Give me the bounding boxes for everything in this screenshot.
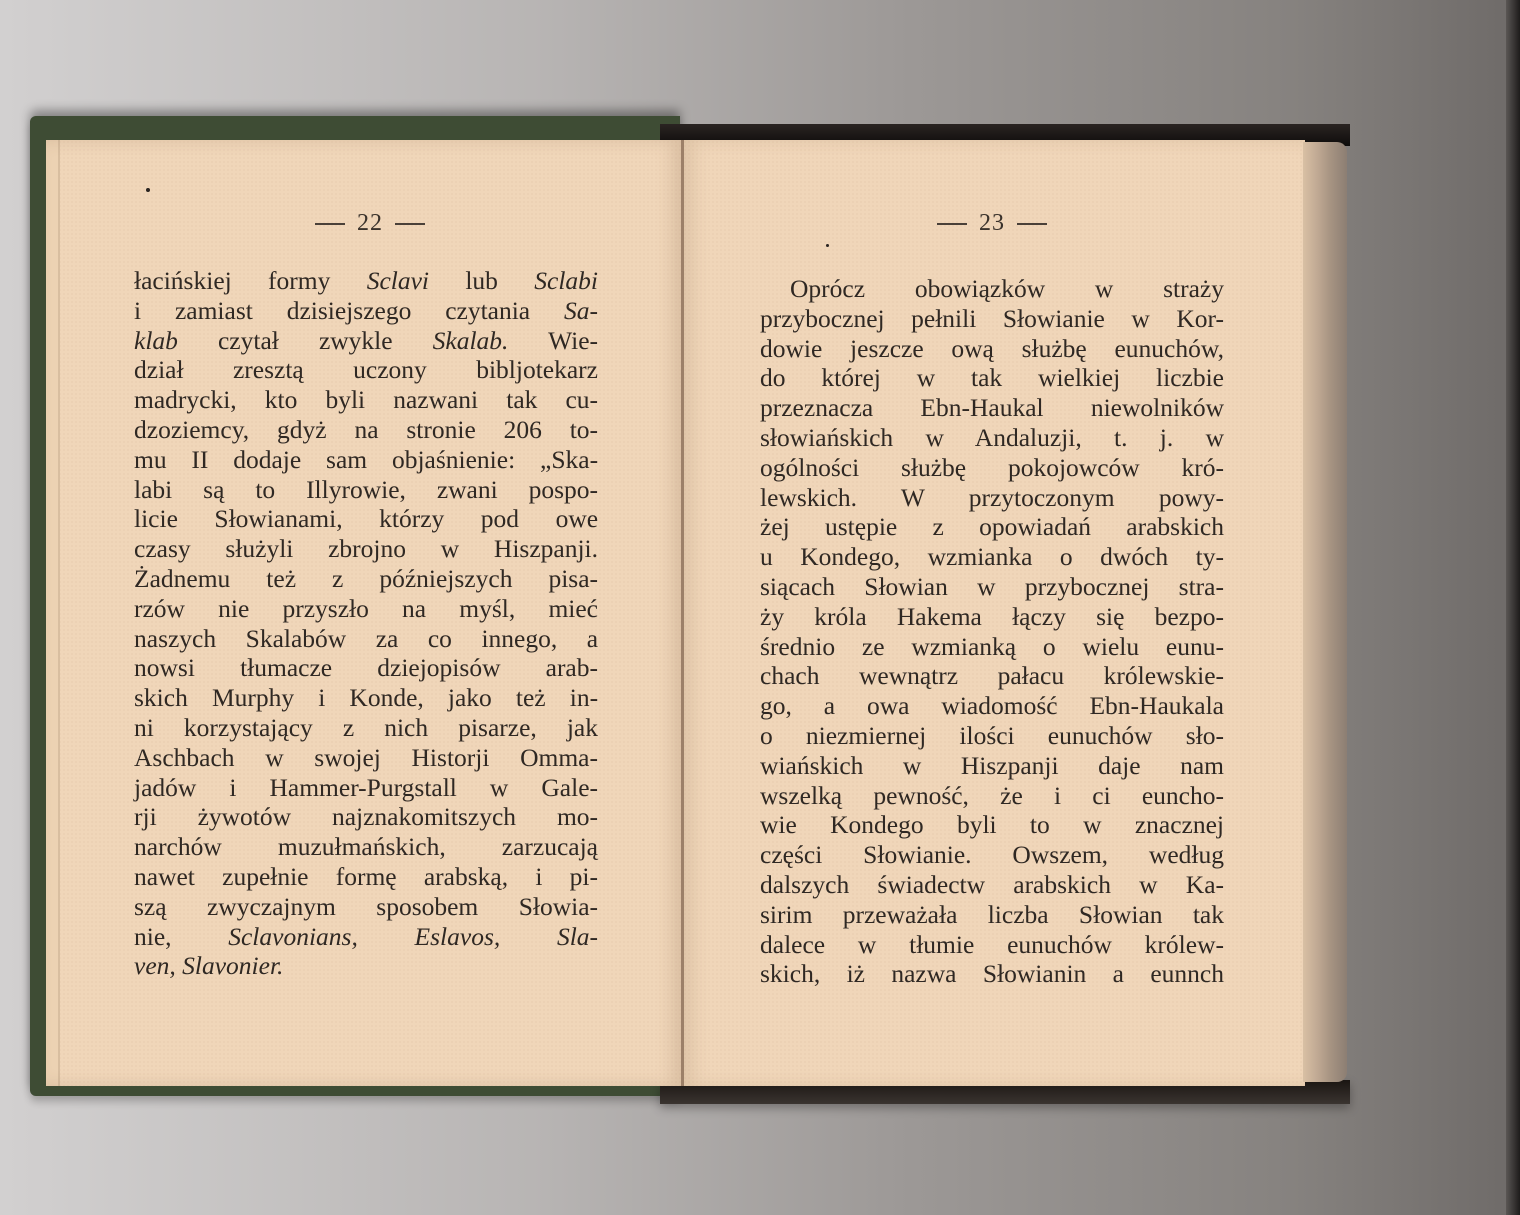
text-line: chach wewnątrz pałacu królewskie-	[760, 661, 1224, 691]
text-line: wszelką pewność, że i ci euncho-	[760, 781, 1224, 811]
text-line: żej ustępie z opowiadań arabskich	[760, 512, 1224, 542]
left-page-text: łacińskiej formy Sclavi lub Sclabi i zam…	[134, 266, 598, 981]
text-line: klab czytał zwykle Skalab. Wie-	[134, 326, 598, 356]
text-line: madrycki, kto byli nazwani tak cu-	[134, 385, 598, 415]
text-line: jadów i Hammer-Purgstall w Gale-	[134, 773, 598, 803]
text-line: ogólności służbę pokojowców kró-	[760, 453, 1224, 483]
text-line: dział zresztą uczony bibljotekarz	[134, 355, 598, 385]
text-line: szą zwyczajnym sposobem Słowia-	[134, 892, 598, 922]
text-line: części Słowianie. Owszem, według	[760, 840, 1224, 870]
text-line: labi są to Illyrowie, zwani pospo-	[134, 475, 598, 505]
dash-ornament	[315, 223, 345, 225]
text-line: dzoziemcy, gdyż na stronie 206 to-	[134, 415, 598, 445]
right-page-number: 23	[892, 210, 1092, 237]
text-line: wiańskich w Hiszpanji daje nam	[760, 751, 1224, 781]
text-line: nie, Sclavonians, Eslavos, Sla-	[134, 922, 598, 952]
text-line: lewskich. W przytoczonym powy-	[760, 483, 1224, 513]
ink-speck	[146, 188, 150, 192]
text-line: mu II dodaje sam objaśnienie: „Ska-	[134, 445, 598, 475]
page-number-text: 22	[357, 210, 383, 236]
text-line: Oprócz obowiązków w straży	[760, 274, 1224, 304]
text-line: skich Murphy i Konde, jako też in-	[134, 683, 598, 713]
text-line: Aschbach w swojej Historji Omma-	[134, 743, 598, 773]
text-line: go, a owa wiadomość Ebn-Haukala	[760, 691, 1224, 721]
text-line: o niezmiernej ilości eunuchów sło-	[760, 721, 1224, 751]
dash-ornament	[937, 223, 967, 225]
text-line: siącach Słowian w przybocznej stra-	[760, 572, 1224, 602]
text-line: rji żywotów najznakomitszych mo-	[134, 802, 598, 832]
text-line: średnio ze wzmianką o wielu eunu-	[760, 632, 1224, 662]
text-line: naszych Skalabów za co innego, a	[134, 624, 598, 654]
text-line: łacińskiej formy Sclavi lub Sclabi	[134, 266, 598, 296]
book-gutter	[681, 140, 684, 1086]
text-line: czasy służyli zbrojno w Hiszpanji.	[134, 534, 598, 564]
dash-ornament	[1017, 223, 1047, 225]
text-line: narchów muzułmańskich, zarzucają	[134, 832, 598, 862]
scanner-edge-shadow	[1506, 0, 1520, 1215]
text-line: licie Słowianami, którzy pod owe	[134, 504, 598, 534]
text-line: ni korzystający z nich pisarze, jak	[134, 713, 598, 743]
text-line: rzów nie przyszło na myśl, mieć	[134, 594, 598, 624]
page-stack-edge	[1303, 142, 1347, 1082]
text-line: Żadnemu też z późniejszych pisa-	[134, 564, 598, 594]
text-line: u Kondego, wzmianka o dwóch ty-	[760, 542, 1224, 572]
text-line: nowsi tłumacze dziejopisów arab-	[134, 653, 598, 683]
text-line: skich, iż nazwa Słowianin a eunnch	[760, 959, 1224, 989]
ink-speck	[826, 244, 829, 247]
text-line: ven, Slavonier.	[134, 951, 598, 981]
text-line: przeznacza Ebn-Haukal niewolników	[760, 393, 1224, 423]
dash-ornament	[395, 223, 425, 225]
text-line: wie Kondego byli to w znacznej	[760, 810, 1224, 840]
page-number-text: 23	[979, 210, 1005, 236]
text-line: ży króla Hakema łączy się bezpo-	[760, 602, 1224, 632]
text-line: dalece w tłumie eunuchów królew-	[760, 930, 1224, 960]
text-line: nawet zupełnie formę arabską, i pi-	[134, 862, 598, 892]
text-line: dowie jeszcze ową służbę eunuchów,	[760, 334, 1224, 364]
right-page-text: Oprócz obowiązków w straży przybocznej p…	[760, 274, 1224, 989]
text-line: sirim przeważała liczba Słowian tak	[760, 900, 1224, 930]
text-line: przybocznej pełnili Słowianie w Kor-	[760, 304, 1224, 334]
text-line: słowiańskich w Andaluzji, t. j. w	[760, 423, 1224, 453]
text-line: i zamiast dzisiejszego czytania Sa-	[134, 296, 598, 326]
left-page-number: 22	[270, 210, 470, 237]
text-line: dalszych świadectw arabskich w Ka-	[760, 870, 1224, 900]
text-line: do której w tak wielkiej liczbie	[760, 363, 1224, 393]
